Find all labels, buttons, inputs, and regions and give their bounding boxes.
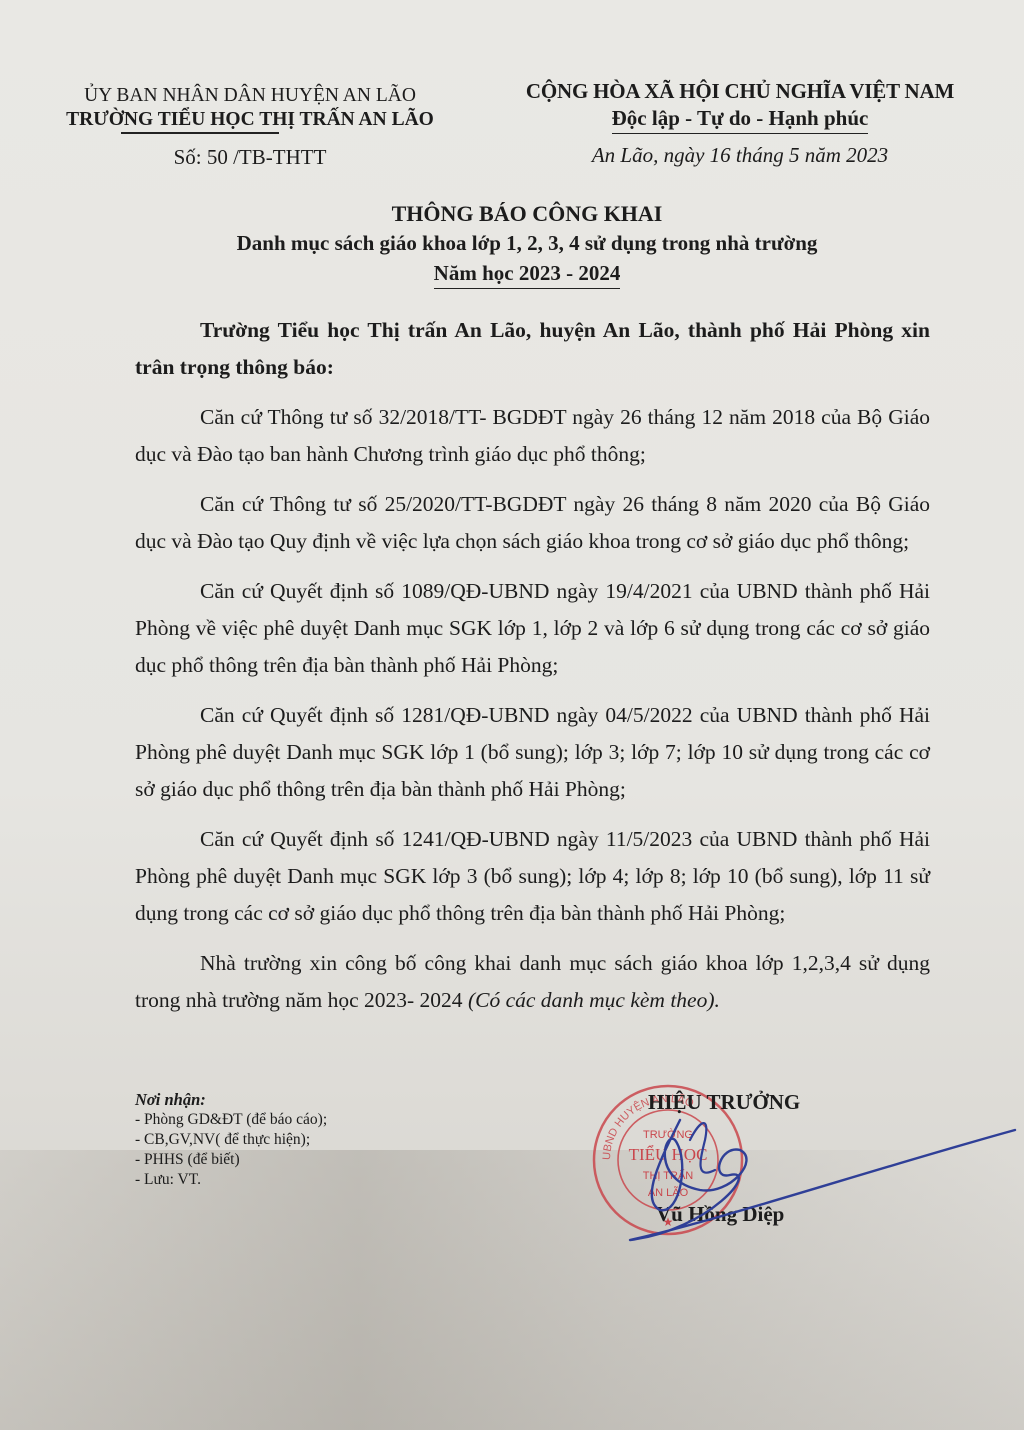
body-paragraph: Căn cứ Quyết định số 1281/QĐ-UBND ngày 0…: [135, 697, 930, 808]
recipients-block: Nơi nhận: - Phòng GD&ĐT (để báo cáo); - …: [135, 1090, 495, 1190]
closing-note: (Có các danh mục kèm theo).: [468, 988, 720, 1012]
document-number: Số: 50 /TB-THTT: [40, 144, 460, 170]
agency-name: ỦY BAN NHÂN DÂN HUYỆN AN LÃO: [40, 84, 460, 108]
place-date: An Lão, ngày 16 tháng 5 năm 2023: [470, 142, 1010, 169]
body-paragraph: Căn cứ Quyết định số 1089/QĐ-UBND ngày 1…: [135, 573, 930, 684]
handwritten-signature-icon: [620, 1100, 1024, 1250]
recipients-heading: Nơi nhận:: [135, 1090, 495, 1110]
title-subtitle: Danh mục sách giáo khoa lớp 1, 2, 3, 4 s…: [120, 228, 934, 258]
header-left-underline: [121, 132, 279, 134]
header-right: CỘNG HÒA XÃ HỘI CHỦ NGHĨA VIỆT NAM Độc l…: [470, 78, 1010, 169]
recipient-item: - Lưu: VT.: [135, 1170, 495, 1190]
title-main: THÔNG BÁO CÔNG KHAI: [120, 200, 934, 228]
recipient-item: - Phòng GD&ĐT (để báo cáo);: [135, 1110, 495, 1130]
recipient-item: - CB,GV,NV( để thực hiện);: [135, 1130, 495, 1150]
title-year: Năm học 2023 - 2024: [434, 258, 621, 289]
national-motto: Độc lập - Tự do - Hạnh phúc: [612, 105, 869, 134]
body-paragraph: Căn cứ Thông tư số 25/2020/TT-BGDĐT ngày…: [135, 486, 930, 560]
body-intro: Trường Tiểu học Thị trấn An Lão, huyện A…: [135, 312, 930, 386]
document-title: THÔNG BÁO CÔNG KHAI Danh mục sách giáo k…: [120, 200, 934, 289]
body-closing: Nhà trường xin công bố công khai danh mụ…: [135, 945, 930, 1019]
document-body: Trường Tiểu học Thị trấn An Lão, huyện A…: [135, 312, 930, 1032]
recipient-item: - PHHS (để biết): [135, 1150, 495, 1170]
body-paragraph: Căn cứ Quyết định số 1241/QĐ-UBND ngày 1…: [135, 821, 930, 932]
header-left: ỦY BAN NHÂN DÂN HUYỆN AN LÃO TRƯỜNG TIỂU…: [40, 84, 460, 170]
nation-name: CỘNG HÒA XÃ HỘI CHỦ NGHĨA VIỆT NAM: [470, 78, 1010, 105]
school-name: TRƯỜNG TIỂU HỌC THỊ TRẤN AN LÃO: [40, 108, 460, 132]
body-paragraph: Căn cứ Thông tư số 32/2018/TT- BGDĐT ngà…: [135, 399, 930, 473]
